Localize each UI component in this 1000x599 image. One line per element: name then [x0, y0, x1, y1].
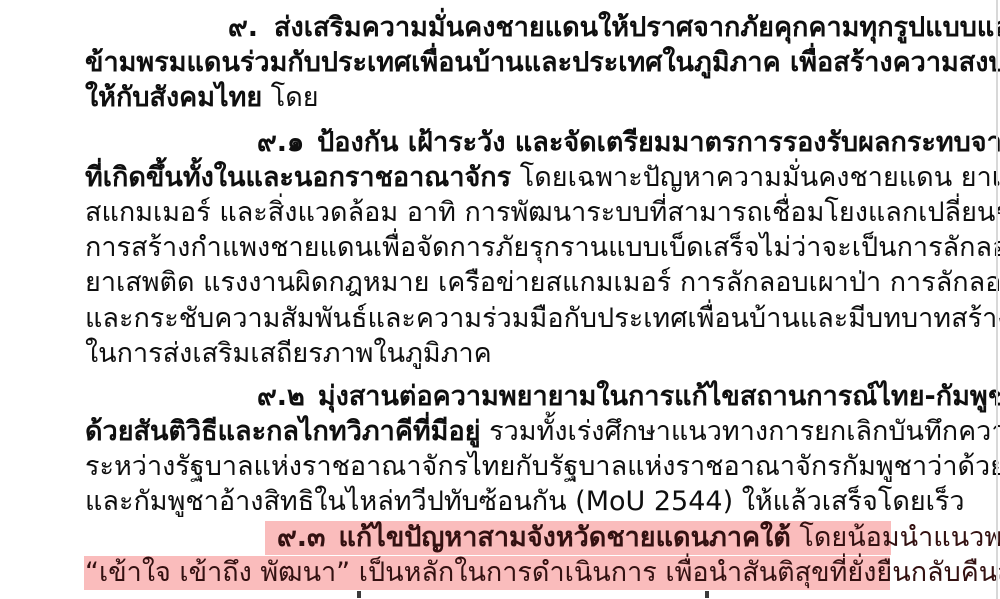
text-segment: มุ่งสานต่อความพยายามในการแก้ไขสถานการณ์ไ… — [318, 381, 1000, 412]
text-segment: รวมทั้งเร่งศึกษาแนวทางการยกเลิกบันทึกควา… — [481, 416, 1000, 447]
next-line-partial-glyph — [705, 591, 709, 598]
text-line: ในการส่งเสริมเสถียรภาพในภูมิภาค — [85, 336, 891, 371]
paragraph-9-2: ๙.๒มุ่งสานต่อความพยายามในการแก้ไขสถานการ… — [85, 379, 891, 520]
text-segment: โดย — [262, 82, 318, 113]
text-line: การสร้างกำแพงชายแดนเพื่อจัดการภัยรุกรานแ… — [85, 230, 891, 265]
text-line: และกระชับความสัมพันธ์และความร่วมมือกับปร… — [85, 301, 891, 336]
document-page: ๙.ส่งเสริมความมั่นคงชายแดนให้ปราศจากภัยค… — [0, 0, 1000, 599]
text-segment: โดยน้อมนำแนวพระราชดำริ — [791, 522, 1000, 553]
text-segment: และกระชับความสัมพันธ์และความร่วมมือกับปร… — [85, 303, 1000, 334]
page-edge-line — [996, 0, 998, 599]
text-segment: สแกมเมอร์ และสิ่งแวดล้อม อาทิ การพัฒนาระ… — [85, 197, 1000, 228]
section-number: ๙.๒ — [257, 381, 305, 412]
text-segment: ให้กับสังคมไทย — [85, 82, 262, 113]
paragraph-9: ๙.ส่งเสริมความมั่นคงชายแดนให้ปราศจากภัยค… — [85, 10, 891, 116]
paragraph-9-1: ๙.๑ป้องกัน เฝ้าระวัง และจัดเตรียมมาตรการ… — [85, 125, 891, 371]
text-line: “เข้าใจ เข้าถึง พัฒนา” เป็นหลักในการดำเน… — [85, 555, 891, 590]
highlighted-text: ๙.๓แก้ไขปัญหาสามจังหวัดชายแดนภาคใต้ โดยน… — [265, 521, 891, 555]
text-line: ๙.๑ป้องกัน เฝ้าระวัง และจัดเตรียมมาตรการ… — [85, 125, 891, 160]
text-segment: ป้องกัน เฝ้าระวัง และจัดเตรียมมาตรการรอง… — [317, 127, 1000, 158]
text-segment: ระหว่างรัฐบาลแห่งราชอาณาจักรไทยกับรัฐบาล… — [85, 451, 1000, 482]
next-line-partial-glyph — [357, 591, 361, 598]
text-segment: “เข้าใจ เข้าถึง พัฒนา” เป็นหลักในการดำเน… — [85, 557, 1000, 588]
text-segment: ในการส่งเสริมเสถียรภาพในภูมิภาค — [85, 338, 492, 369]
text-line: ๙.๒มุ่งสานต่อความพยายามในการแก้ไขสถานการ… — [85, 379, 891, 414]
section-number: ๙.๓ — [277, 522, 326, 553]
text-line: ด้วยสันติวิธีและกลไกทวิภาคีที่มีอยู่ รวม… — [85, 414, 891, 449]
text-segment: โดยเฉพาะปัญหาความมั่นคงชายแดน ยาเสพติด — [511, 162, 1000, 193]
text-segment: ด้วยสันติวิธีและกลไกทวิภาคีที่มีอยู่ — [85, 416, 481, 447]
text-segment: ส่งเสริมความมั่นคงชายแดนให้ปราศจากภัยคุก… — [274, 12, 1000, 43]
document-text-block: ๙.ส่งเสริมความมั่นคงชายแดนให้ปราศจากภัยค… — [85, 10, 891, 590]
text-line: และกัมพูชาอ้างสิทธิในไหล่ทวีปทับซ้อนกัน … — [85, 484, 891, 519]
section-number: ๙. — [228, 12, 258, 43]
text-line: ให้กับสังคมไทย โดย — [85, 80, 891, 115]
text-segment: ข้ามพรมแดนร่วมกับประเทศเพื่อนบ้านและประเ… — [85, 47, 1000, 78]
text-line: ระหว่างรัฐบาลแห่งราชอาณาจักรไทยกับรัฐบาล… — [85, 449, 891, 484]
highlighted-text: “เข้าใจ เข้าถึง พัฒนา” เป็นหลักในการดำเน… — [84, 556, 890, 590]
text-line: ยาเสพติด แรงงานผิดกฎหมาย เครือข่ายสแกมเม… — [85, 265, 891, 300]
text-line: ที่เกิดขึ้นทั้งในและนอกราชอาณาจักร โดยเฉ… — [85, 160, 891, 195]
text-segment: ที่เกิดขึ้นทั้งในและนอกราชอาณาจักร — [85, 162, 511, 193]
text-line: ๙.ส่งเสริมความมั่นคงชายแดนให้ปราศจากภัยค… — [85, 10, 891, 45]
paragraph-9-3: ๙.๓แก้ไขปัญหาสามจังหวัดชายแดนภาคใต้ โดยน… — [85, 520, 891, 590]
text-line: สแกมเมอร์ และสิ่งแวดล้อม อาทิ การพัฒนาระ… — [85, 195, 891, 230]
text-line: ๙.๓แก้ไขปัญหาสามจังหวัดชายแดนภาคใต้ โดยน… — [85, 520, 891, 555]
text-line: ข้ามพรมแดนร่วมกับประเทศเพื่อนบ้านและประเ… — [85, 45, 891, 80]
text-segment: และกัมพูชาอ้างสิทธิในไหล่ทวีปทับซ้อนกัน … — [85, 486, 965, 517]
section-number: ๙.๑ — [257, 127, 304, 158]
text-segment: ยาเสพติด แรงงานผิดกฎหมาย เครือข่ายสแกมเม… — [85, 267, 1000, 298]
text-segment: การสร้างกำแพงชายแดนเพื่อจัดการภัยรุกรานแ… — [85, 232, 1000, 263]
text-segment: แก้ไขปัญหาสามจังหวัดชายแดนภาคใต้ — [339, 522, 791, 553]
